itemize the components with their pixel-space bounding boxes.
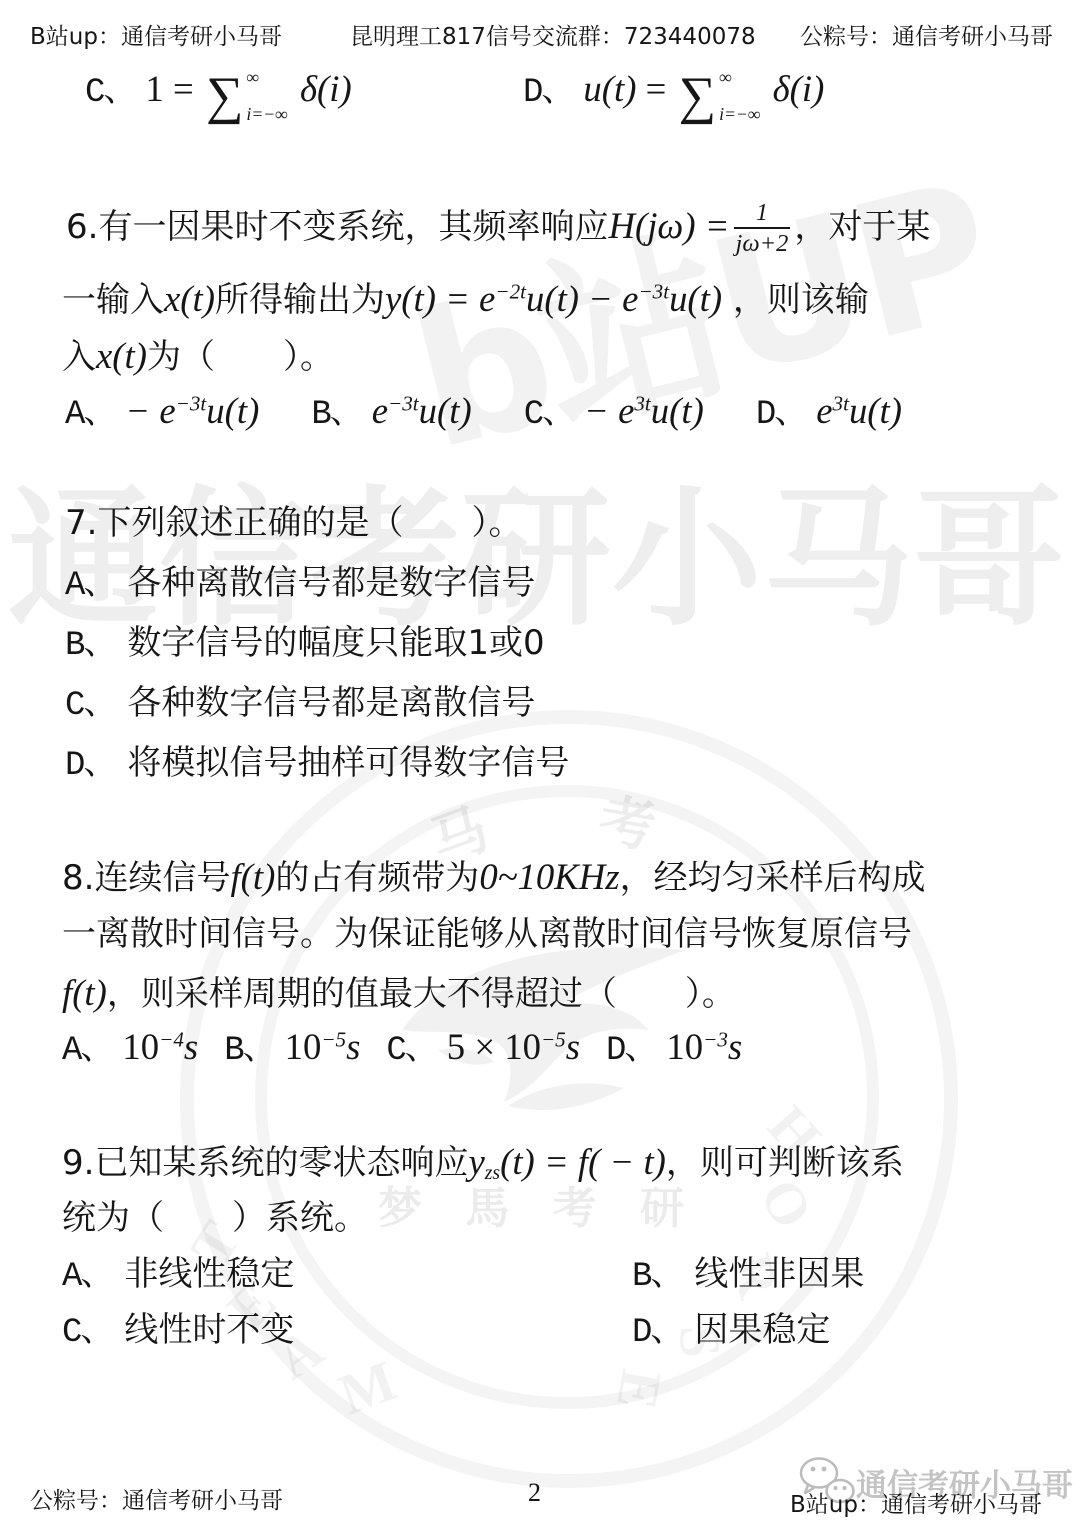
ring-cjk-char: 考 xyxy=(593,776,662,865)
option-label: D、 xyxy=(523,72,573,115)
footer-left: 公粽号：通信考研小马哥 xyxy=(30,1482,283,1515)
option-label: B、 xyxy=(311,394,361,437)
q9-stem-line-2: 统为（ ）系统。 xyxy=(62,1197,368,1240)
q9-options-row-1: A、非线性稳定 B、线性非因果 xyxy=(62,1253,1022,1299)
q6-stem-line-1: 6.有一因果时不变系统，其频率响应H(jω) =1jω+2，对于某 xyxy=(66,198,930,259)
q8-option-b: B、 10−5s xyxy=(224,1024,360,1073)
option-label: A、 xyxy=(62,1258,112,1296)
option-formula: e−3tu(t) xyxy=(372,388,472,434)
q7-option-b: B、数字信号的幅度只能取1或0 xyxy=(65,622,545,668)
q6-option-c: C、 − e3tu(t) xyxy=(524,388,704,437)
option-label: A、 xyxy=(65,567,115,605)
q9-options-row-2: C、线性时不变 D、因果稳定 xyxy=(62,1309,1022,1355)
prev-option-d: D、 u(t) = ∑∞i=−∞ δ(i) xyxy=(523,66,824,124)
q7-stem: 7.下列叙述正确的是（ ）。 xyxy=(65,502,522,545)
q6-options-row: A、 − e−3tu(t) B、 e−3tu(t) C、 − e3tu(t) D… xyxy=(65,388,902,437)
q7-option-c: C、各种数字信号都是离散信号 xyxy=(65,682,535,728)
q6-option-a: A、 − e−3tu(t) xyxy=(65,388,259,437)
option-label: D、 xyxy=(65,747,115,785)
exam-page: b站UP 通信考研小马哥 马考TEAMHORSE 梦 馬 考 研 B站up：通信… xyxy=(0,0,1080,1527)
option-label: A、 xyxy=(65,394,115,437)
option-text: 数字信号的幅度只能取1或0 xyxy=(127,623,544,663)
option-label: B、 xyxy=(65,627,115,665)
option-formula: − e−3tu(t) xyxy=(125,388,259,434)
option-label: D、 xyxy=(632,1314,682,1352)
header-left: B站up：通信考研小马哥 xyxy=(30,18,282,51)
option-label: D、 xyxy=(606,1030,656,1073)
q8-options-row: A、 10−4s B、 10−5s C、 5 × 10−5s D、 10−3s xyxy=(62,1024,742,1073)
q9-option-b: B、线性非因果 xyxy=(632,1253,864,1299)
ring-arc-letter: M xyxy=(330,1347,404,1429)
q7-option-a: A、各种离散信号都是数字信号 xyxy=(65,562,535,608)
q6-option-b: B、 e−3tu(t) xyxy=(311,388,471,437)
option-label: D、 xyxy=(756,394,806,437)
header-right: 公粽号：通信考研小马哥 xyxy=(800,18,1053,51)
prev-option-c: C、 1 = ∑∞i=−∞ δ(i) xyxy=(85,66,352,124)
option-label: B、 xyxy=(632,1258,682,1296)
q8-stem-line-2: 一离散时间信号。为保证能够从离散时间信号恢复原信号 xyxy=(62,913,912,956)
option-formula: u(t) = ∑∞i=−∞ δ(i) xyxy=(583,66,824,124)
page-number: 2 xyxy=(528,1478,541,1508)
option-formula: 10−4s xyxy=(122,1024,198,1070)
q7-option-d: D、将模拟信号抽样可得数字信号 xyxy=(65,742,569,788)
option-formula: 5 × 10−5s xyxy=(447,1024,580,1070)
option-text: 非线性稳定 xyxy=(124,1254,294,1294)
q8-stem-line-3: f(t)，则采样周期的值最大不得超过（ ）。 xyxy=(62,970,736,1016)
option-formula: e3tu(t) xyxy=(816,388,902,434)
option-text: 将模拟信号抽样可得数字信号 xyxy=(127,743,569,783)
option-text: 各种数字信号都是离散信号 xyxy=(127,683,535,723)
q8-option-c: C、 5 × 10−5s xyxy=(386,1024,580,1073)
prev-question-options-row: C、 1 = ∑∞i=−∞ δ(i) D、 u(t) = ∑∞i=−∞ δ(i) xyxy=(0,66,1080,140)
q6-option-d: D、 e3tu(t) xyxy=(756,388,902,437)
q9-stem-line-1: 9.已知某系统的零状态响应yzs(t) = f( − t)，则可判断该系 xyxy=(62,1139,904,1185)
option-text: 线性非因果 xyxy=(694,1254,864,1294)
q9-option-d: D、因果稳定 xyxy=(632,1309,830,1355)
q9-option-c: C、线性时不变 xyxy=(62,1310,294,1350)
footer-right: B站up：通信考研小马哥 xyxy=(790,1486,1042,1519)
option-label: C、 xyxy=(85,72,135,115)
option-label: C、 xyxy=(65,687,115,725)
option-text: 因果稳定 xyxy=(694,1310,830,1350)
option-label: C、 xyxy=(524,394,574,437)
ring-arc-letter: E xyxy=(603,1365,676,1415)
header-center: 昆明理工817信号交流群：723440078 xyxy=(350,18,756,51)
option-text: 线性时不变 xyxy=(124,1310,294,1350)
option-label: A、 xyxy=(62,1030,112,1073)
q6-stem-line-3: 入x(t)为（ ）。 xyxy=(62,333,334,379)
q9-option-a: A、非线性稳定 xyxy=(62,1254,294,1294)
option-formula: 1 = ∑∞i=−∞ δ(i) xyxy=(145,66,351,124)
q8-option-a: A、 10−4s xyxy=(62,1024,198,1073)
option-formula: 10−5s xyxy=(285,1024,361,1070)
q8-stem-line-1: 8.连续信号f(t)的占有频带为0~10KHz，经均匀采样后构成 xyxy=(62,854,926,900)
q6-stem-line-2: 一输入x(t)所得输出为y(t) = e−2tu(t) − e−3tu(t) ，… xyxy=(62,276,869,322)
option-formula: 10−3s xyxy=(666,1024,742,1070)
option-formula: − e3tu(t) xyxy=(584,388,704,434)
option-label: C、 xyxy=(62,1314,112,1352)
q8-option-d: D、 10−3s xyxy=(606,1024,742,1073)
option-label: C、 xyxy=(386,1030,436,1073)
option-text: 各种离散信号都是数字信号 xyxy=(127,563,535,603)
option-label: B、 xyxy=(224,1030,274,1073)
